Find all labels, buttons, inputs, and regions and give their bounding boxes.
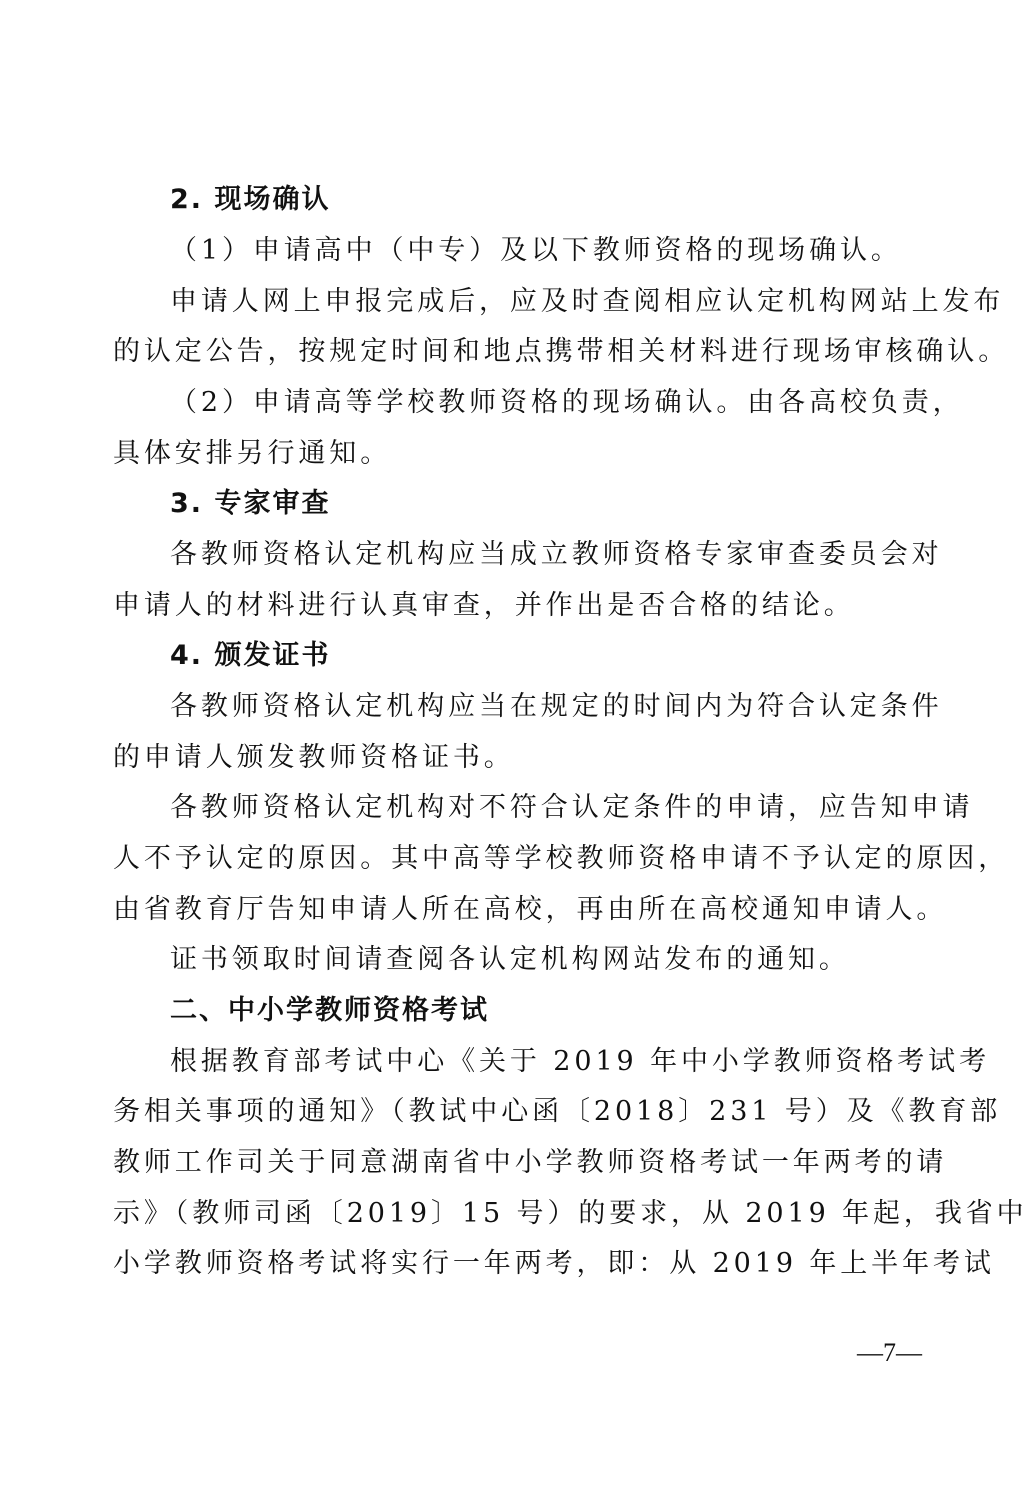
paragraph-line: （2）申请高等学校教师资格的现场确认。由各高校负责， <box>170 387 923 419</box>
document-page: 2. 现场确认 （1）申请高中（中专）及以下教师资格的现场确认。 申请人网上申报… <box>0 0 1024 1486</box>
paragraph-line: 根据教育部考试中心《关于 2019 年中小学教师资格考试考 <box>170 1046 923 1078</box>
paragraph-line: （1）申请高中（中专）及以下教师资格的现场确认。 <box>170 235 923 267</box>
paragraph-line: 教师工作司关于同意湖南省中小学教师资格考试一年两考的请 <box>113 1147 923 1179</box>
paragraph-line: 各教师资格认定机构对不符合认定条件的申请，应告知申请 <box>170 792 923 824</box>
paragraph-line: 证书领取时间请查阅各认定机构网站发布的通知。 <box>170 944 923 976</box>
paragraph-line: 由省教育厅告知申请人所在高校，再由所在高校通知申请人。 <box>113 894 923 926</box>
section-heading-onsite-confirmation: 2. 现场确认 <box>170 184 923 216</box>
paragraph-line: 具体安排另行通知。 <box>113 438 923 470</box>
section-heading-issue-certificate: 4. 颁发证书 <box>170 640 923 672</box>
section-heading-expert-review: 3. 专家审查 <box>170 488 923 520</box>
paragraph-line: 的认定公告，按规定时间和地点携带相关材料进行现场审核确认。 <box>113 336 923 368</box>
section-heading-teacher-exam: 二、中小学教师资格考试 <box>170 995 923 1027</box>
paragraph-line: 务相关事项的通知》（教试中心函〔2018〕231 号）及《教育部 <box>113 1096 923 1128</box>
paragraph-line: 人不予认定的原因。其中高等学校教师资格申请不予认定的原因， <box>113 843 923 875</box>
paragraph-line: 的申请人颁发教师资格证书。 <box>113 742 923 774</box>
paragraph-line: 申请人的材料进行认真审查，并作出是否合格的结论。 <box>113 590 923 622</box>
page-number: —7— <box>857 1338 922 1368</box>
paragraph-line: 小学教师资格考试将实行一年两考，即：从 2019 年上半年考试 <box>113 1248 923 1280</box>
paragraph-line: 各教师资格认定机构应当成立教师资格专家审查委员会对 <box>170 539 923 571</box>
paragraph-line: 各教师资格认定机构应当在规定的时间内为符合认定条件 <box>170 691 923 723</box>
paragraph-line: 申请人网上申报完成后，应及时查阅相应认定机构网站上发布 <box>170 286 923 318</box>
paragraph-line: 示》（教师司函〔2019〕15 号）的要求，从 2019 年起，我省中 <box>113 1198 923 1230</box>
